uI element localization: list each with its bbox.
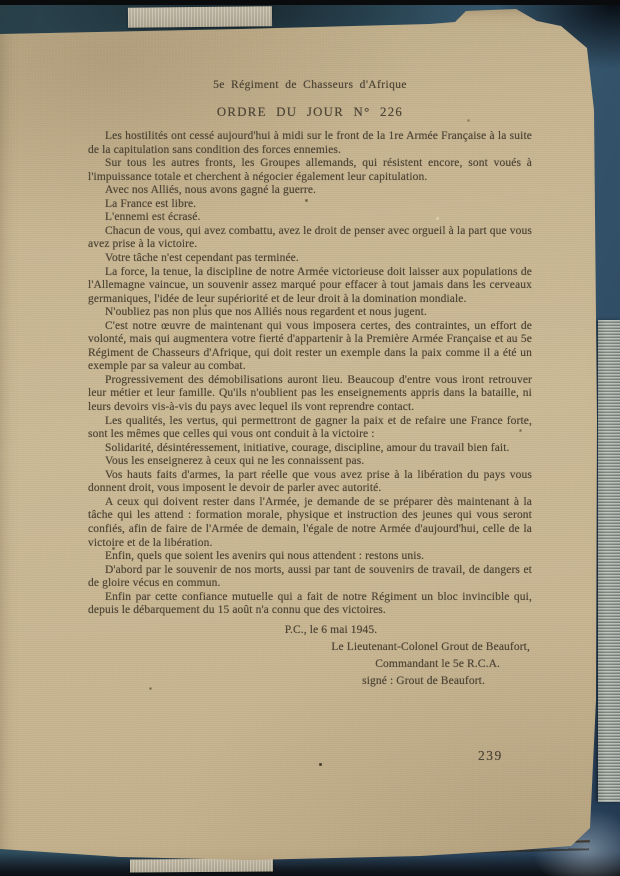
paragraph: A ceux qui doivent rester dans l'Armée, … (88, 496, 532, 550)
paragraph: Vous les enseignerez à ceux qui ne les c… (88, 455, 532, 469)
tape-bottom (130, 859, 273, 873)
paragraph: Les qualités, les vertus, qui permettron… (88, 415, 532, 442)
paragraph: Progressivement des démobilisations auro… (88, 374, 532, 415)
order-title: ORDRE DU JOUR N° 226 (88, 106, 532, 120)
regiment-header: 5e Régiment de Chasseurs d'Afrique (88, 79, 532, 93)
paragraph: La force, la tenue, la discipline de not… (88, 266, 532, 307)
paragraph: Les hostilités ont cessé aujourd'hui à m… (88, 130, 532, 157)
paper-specks (0, 0, 1, 1)
paragraph: N'oubliez pas non plus que nos Alliés no… (88, 306, 532, 320)
scanned-page: 5e Régiment de Chasseurs d'Afrique ORDRE… (0, 0, 620, 876)
paragraph: Chacun de vous, qui avez combattu, avez … (88, 225, 532, 252)
signature-signed-line: signé : Grout de Beaufort. (88, 675, 532, 689)
paragraph: Solidarité, désintéressement, initiative… (88, 442, 532, 456)
signature-block: Le Lieutenant-Colonel Grout de Beaufort,… (88, 641, 532, 689)
signature-role-line: Commandant le 5e R.C.A. (88, 658, 532, 672)
binding-cloth-strip (598, 320, 620, 802)
page-number: 239 (478, 748, 503, 764)
tape-top (128, 6, 272, 28)
body-paragraphs: Les hostilités ont cessé aujourd'hui à m… (88, 130, 532, 618)
paragraph: La France est libre. (88, 198, 532, 212)
printed-text-block: 5e Régiment de Chasseurs d'Afrique ORDRE… (88, 79, 532, 688)
paragraph: D'abord par le souvenir de nos morts, au… (88, 564, 532, 591)
paragraph: Vos hauts faits d'armes, la part réelle … (88, 469, 532, 496)
paragraph: Enfin, quels que soient les avenirs qui … (88, 550, 532, 564)
paragraph: C'est notre œuvre de maintenant qui vous… (88, 320, 532, 374)
paragraph: L'ennemi est écrasé. (88, 211, 532, 225)
dateline: P.C., le 6 mai 1945. (88, 624, 532, 638)
paragraph: Sur tous les autres fronts, les Groupes … (88, 157, 532, 184)
signature-name-line: Le Lieutenant-Colonel Grout de Beaufort, (88, 641, 532, 655)
paragraph: Votre tâche n'est cependant pas terminée… (88, 252, 532, 266)
paragraph: Enfin par cette confiance mutuelle qui a… (88, 591, 532, 618)
paragraph: Avec nos Alliés, nous avons gagné la gue… (88, 184, 532, 198)
